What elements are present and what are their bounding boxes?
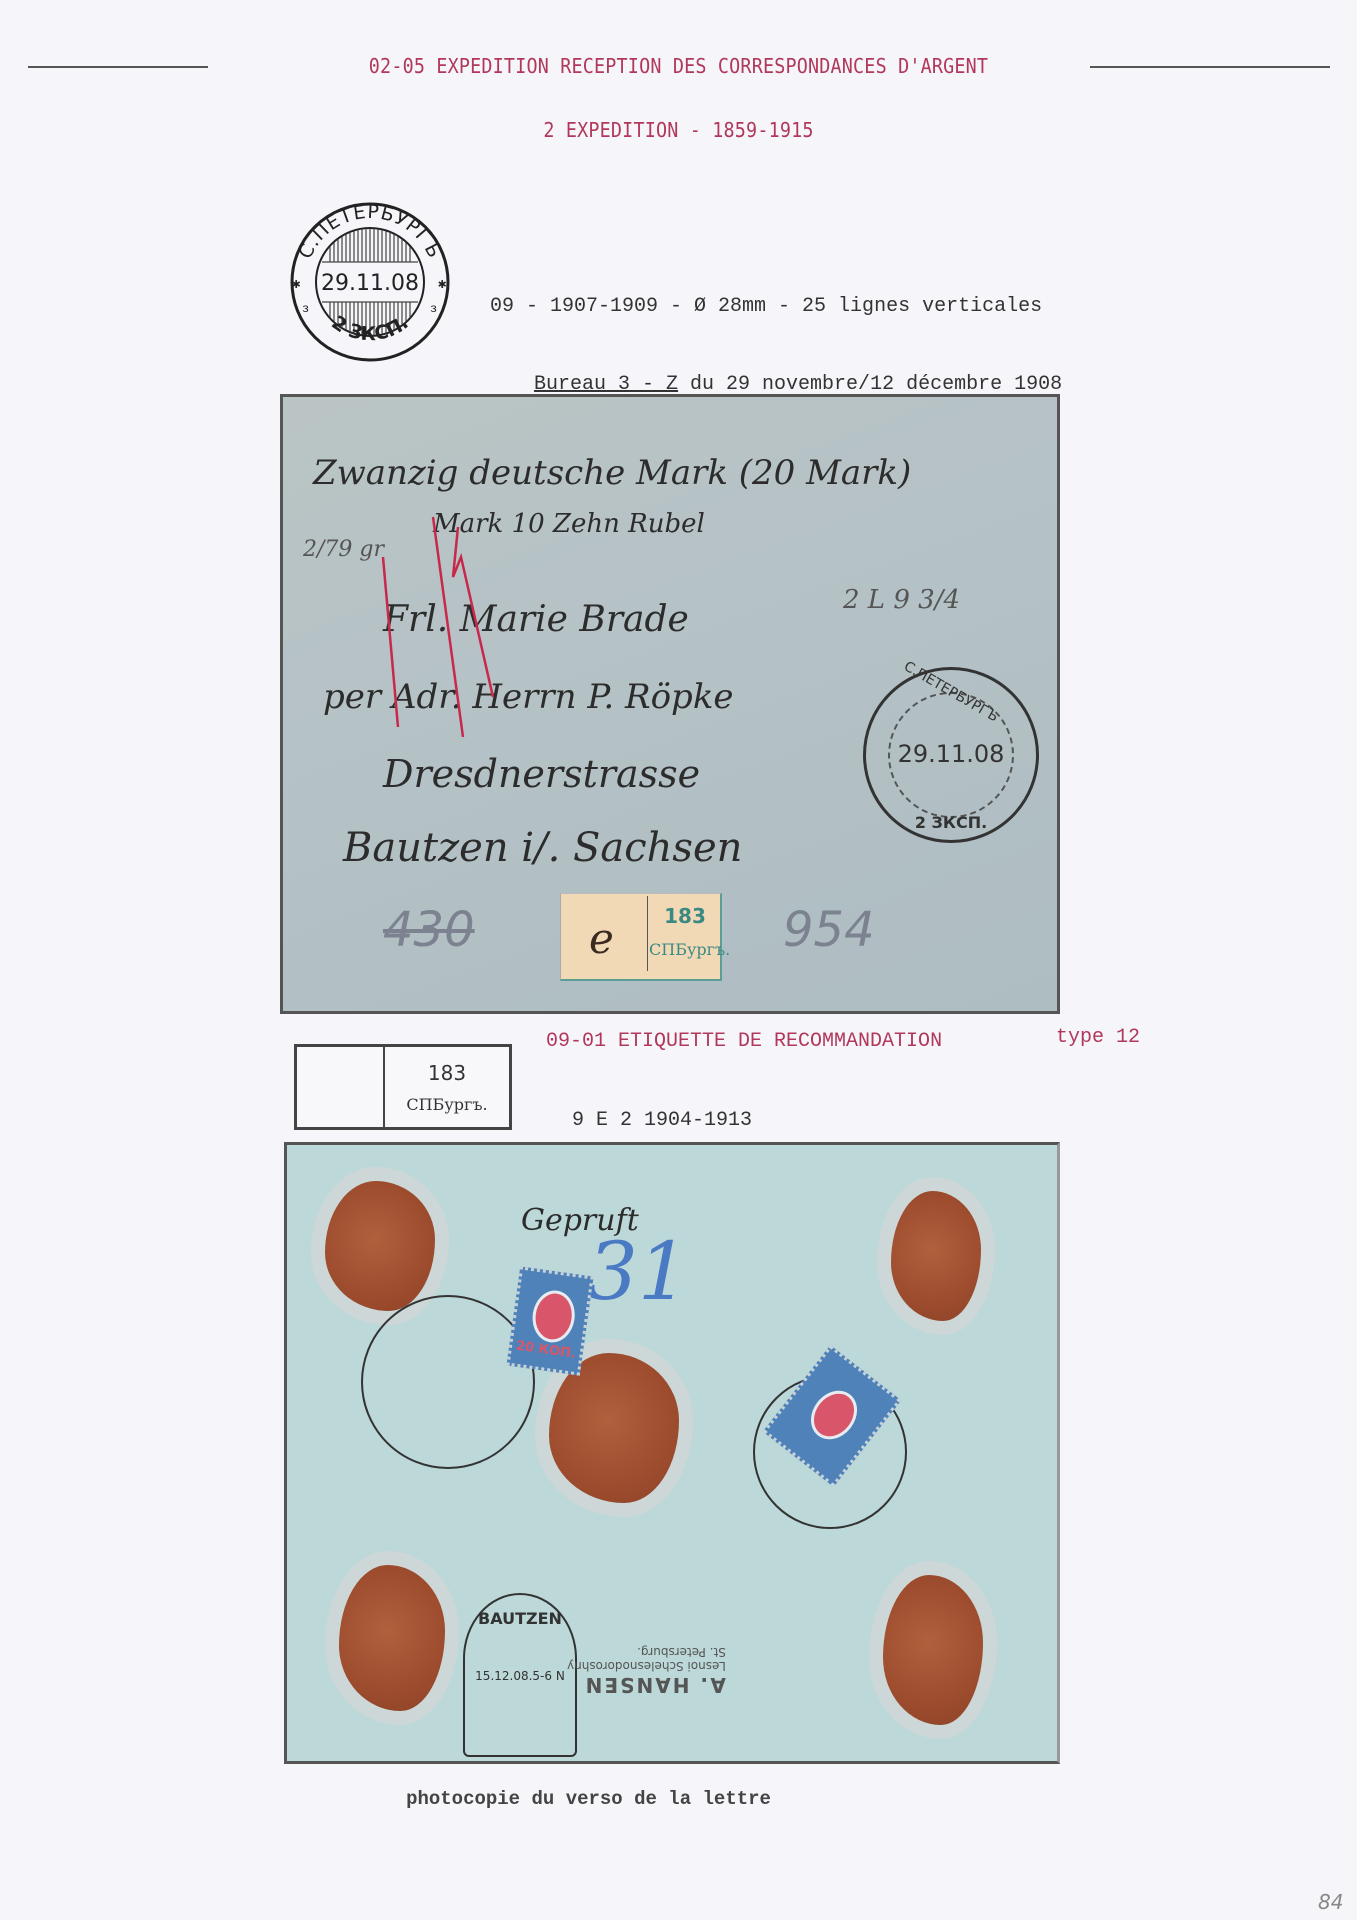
- illustration-number: 183: [385, 1061, 509, 1085]
- red-crayon-marks: [343, 497, 543, 747]
- label-handwritten-mark: e: [589, 914, 614, 963]
- city-line: Bautzen i/. Sachsen: [343, 825, 742, 871]
- arrival-postmark-bautzen: BAUTZEN 15.12.08.5-6 N: [463, 1593, 577, 1757]
- svg-text:✱: ✱: [438, 277, 447, 293]
- label-title: 09-01 ETIQUETTE DE RECOMMANDATION: [546, 1030, 942, 1053]
- label-illustration: 183 СПБургъ.: [294, 1044, 512, 1130]
- label-number: 183: [649, 904, 721, 928]
- svg-text:✱: ✱: [292, 277, 301, 293]
- bureau-label: Bureau 3 - Z: [534, 373, 678, 396]
- page-subtitle: 2 EXPEDITION - 1859-1915: [54, 118, 1302, 142]
- caption: photocopie du verso de la lettre: [0, 1788, 1267, 1810]
- page-title: 02-05 EXPEDITION RECEPTION DES CORRESPON…: [54, 54, 1302, 78]
- weight-note: 2 L 9 3/4: [843, 585, 960, 615]
- sender-name: A. HANSEN: [567, 1673, 726, 1697]
- blue-crayon-mark: 31: [587, 1225, 689, 1318]
- postmark-bottom: 2 ЗКСП.: [866, 813, 1036, 832]
- handwriting-value: Zwanzig deutsche Mark (20 Mark): [313, 453, 911, 493]
- sender-line-2: Lesnoi Schelesnodoroshny: [567, 1659, 726, 1673]
- sender-line-3: St. Petersburg.: [567, 1645, 726, 1659]
- back-postmark-left: [361, 1295, 535, 1469]
- label-type: type 12: [1056, 1026, 1140, 1049]
- pencil-number-crossed: 430: [383, 902, 475, 958]
- desc-line-1: 09 - 1907-1909 - Ø 28mm - 25 lignes vert…: [490, 294, 1062, 320]
- arrival-city: BAUTZEN: [465, 1609, 575, 1628]
- wax-seal: [891, 1191, 981, 1321]
- arrival-date: 15.12.08.5-6 N: [465, 1669, 575, 1683]
- wax-seal: [325, 1181, 435, 1311]
- postmark-date: 29.11.08: [866, 740, 1036, 768]
- svg-text:з: з: [430, 302, 437, 316]
- wax-seal: [549, 1353, 679, 1503]
- svg-text:29.11.08: 29.11.08: [321, 271, 419, 296]
- envelope-back-image: Gepruft 31 20 КОП. BAUTZEN 15.12.08.5-6 …: [284, 1142, 1060, 1764]
- label-line-1: 9 E 2 1904-1913: [548, 1108, 1052, 1134]
- pencil-number: 954: [783, 902, 875, 958]
- envelope-postmark: С.ПЕТЕРБУРГЪ 29.11.08 2 ЗКСП.: [863, 667, 1039, 843]
- svg-text:з: з: [302, 302, 309, 316]
- label-city: СПБургъ.: [649, 940, 721, 959]
- street-line: Dresdnerstrasse: [383, 752, 700, 796]
- stamp-20-kop: 20 КОП.: [506, 1266, 593, 1375]
- illustration-city: СПБургъ.: [385, 1095, 509, 1114]
- wax-seal: [339, 1565, 445, 1711]
- page-number: 84: [1318, 1890, 1343, 1914]
- stamp-value: 20 КОП.: [511, 1338, 580, 1362]
- postmark-illustration: С.ПЕТЕРБУРГЪ 29.11.08 2 ЗКСП. ✱ ✱ з з: [278, 198, 462, 366]
- sender-imprint: A. HANSEN Lesnoi Schelesnodoroshny St. P…: [567, 1645, 726, 1697]
- registration-label: e 183 СПБургъ.: [560, 893, 722, 981]
- wax-seal: [883, 1575, 983, 1725]
- bureau-date: du 29 novembre/12 décembre 1908: [678, 373, 1062, 396]
